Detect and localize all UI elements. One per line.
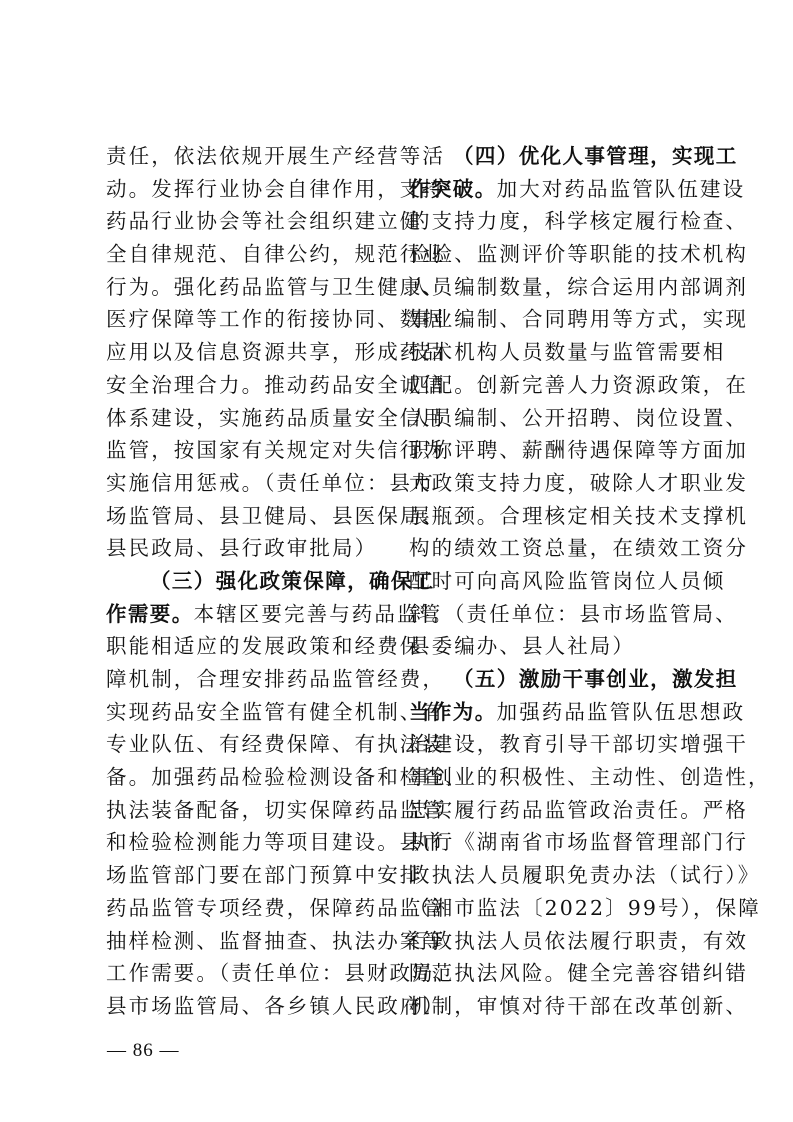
text-line: 县民政局、县行政审批局）: [106, 532, 384, 565]
text-line: 政执法人员履职免责办法（试行）》: [409, 859, 691, 892]
line-text: 职称评聘、薪酬待遇保障等方面加: [409, 438, 748, 462]
text-line: 大政策支持力度，破除人才职业发: [409, 467, 691, 500]
text-line: 事创业的积极性、主动性、创造性，: [409, 761, 691, 794]
text-line: 实施信用惩戒。（责任单位：县市: [106, 467, 384, 500]
line-text: 机制，审慎对待干部在改革创新、: [409, 994, 748, 1018]
text-line: 体系建设，实施药品质量安全信用: [106, 402, 384, 435]
line-text: 事业编制、合同聘用等方式，实现: [409, 307, 748, 331]
text-line: 县委编办、县人社局）: [409, 630, 691, 663]
line-text: 医疗保障等工作的衔接协同、数据: [106, 307, 445, 331]
line-text: 防范执法风险。健全完善容错纠错: [409, 961, 748, 985]
text-line: 全自律规范、自律公约，规范行业: [106, 238, 384, 271]
line-text: 本辖区要完善与药品监管: [194, 602, 443, 626]
text-line: 障机制，合理安排药品监管经费，: [106, 663, 384, 696]
line-text: 治建设，教育引导干部切实增强干: [409, 732, 748, 756]
text-line: 行政执法人员依法履行职责，有效: [409, 925, 691, 958]
text-line: 治建设，教育引导干部切实增强干: [409, 728, 691, 761]
text-line: 配时可向高风险监管岗位人员倾: [409, 565, 691, 598]
heading-text: 当作为。: [409, 700, 497, 724]
right-column: （四）优化人事管理，实现工 作突破。加大对药品监管队伍建设 的支持力度，科学核定…: [409, 140, 691, 1023]
line-text: 行为。强化药品监管与卫生健康、: [106, 275, 445, 299]
text-line: 和检验检测能力等项目建设。县市: [106, 826, 384, 859]
text-line: 抽样检测、监督抽查、执法办案等: [106, 925, 384, 958]
text-line: 执法装备配备，切实保障药品监管: [106, 794, 384, 827]
line-text: 的支持力度，科学核定履行检查、: [409, 209, 748, 233]
line-text: 事创业的积极性、主动性、创造性，: [409, 765, 771, 789]
text-line: 作突破。加大对药品监管队伍建设: [409, 173, 691, 206]
text-line: 安全治理合力。推动药品安全诚信: [106, 369, 384, 402]
text-line: 实现药品安全监管有健全机制、有: [106, 696, 384, 729]
line-text: 场监管局、县卫健局、县医保局、: [106, 504, 445, 528]
line-text: （湘市监法〔2022〕99号），保障: [409, 896, 761, 920]
line-text: 障机制，合理安排药品监管经费，: [106, 667, 445, 691]
line-text: 构的绩效工资总量，在绩效工资分: [409, 536, 748, 560]
line-text: 职能相适应的发展政策和经费保: [106, 634, 422, 658]
heading-text: 作突破。: [409, 177, 497, 201]
line-text: 执行《湖南省市场监督管理部门行: [409, 830, 748, 854]
line-text: 动。发挥行业协会自律作用，支持: [106, 177, 445, 201]
line-text: 工作需要。（责任单位：县财政局、: [106, 961, 457, 985]
line-text: 大政策支持力度，破除人才职业发: [409, 471, 748, 495]
document-page: 责任，依法依规开展生产经营等活 动。发挥行业协会自律作用，支持 药品行业协会等社…: [0, 0, 793, 1122]
line-text: 监管，按国家有关规定对失信行为: [106, 438, 445, 462]
text-line: 检验、监测评价等职能的技术机构: [409, 238, 691, 271]
line-text: 加大对药品监管队伍建设: [497, 177, 746, 201]
text-line: 匹配。创新完善人力资源政策，在: [409, 369, 691, 402]
page-number: — 86 —: [107, 1040, 180, 1062]
text-line: 备。加强药品检验检测设备和检查、: [106, 761, 384, 794]
text-line: 的支持力度，科学核定履行检查、: [409, 205, 691, 238]
line-text: 行政执法人员依法履行职责，有效: [409, 929, 748, 953]
text-line: 监管，按国家有关规定对失信行为: [106, 434, 384, 467]
line-text: 县民政局、县行政审批局）: [106, 536, 377, 560]
text-line: 展瓶颈。合理核定相关技术支撑机: [409, 500, 691, 533]
section-heading-3: （三）强化政策保障，确保工: [106, 565, 384, 598]
text-line: 职称评聘、薪酬待遇保障等方面加: [409, 434, 691, 467]
line-text: 执法装备配备，切实保障药品监管: [106, 798, 445, 822]
line-text: 和检验检测能力等项目建设。县市: [106, 830, 445, 854]
text-line: 工作需要。（责任单位：县财政局、: [106, 957, 384, 990]
line-text: 体系建设，实施药品质量安全信用: [106, 406, 445, 430]
line-text: 检验、监测评价等职能的技术机构: [409, 242, 748, 266]
text-line: 专业队伍、有经费保障、有执法装: [106, 728, 384, 761]
line-text: 责任，依法依规开展生产经营等活: [106, 144, 445, 168]
line-text: 安全治理合力。推动药品安全诚信: [106, 373, 445, 397]
line-text: 展瓶颈。合理核定相关技术支撑机: [409, 504, 748, 528]
text-line: 机制，审慎对待干部在改革创新、: [409, 990, 691, 1023]
line-text: 技术机构人员数量与监管需要相: [409, 340, 725, 364]
text-line: 执行《湖南省市场监督管理部门行: [409, 826, 691, 859]
text-line: 斜。（责任单位：县市场监管局、: [409, 598, 691, 631]
heading-text: 作需要。: [106, 602, 194, 626]
line-text: 人员编制数量，综合运用内部调剂: [409, 275, 748, 299]
section-heading-5: （五）激励干事创业，激发担: [409, 663, 691, 696]
text-line: 行为。强化药品监管与卫生健康、: [106, 271, 384, 304]
line-text: 抽样检测、监督抽查、执法办案等: [106, 929, 445, 953]
text-line: 作需要。本辖区要完善与药品监管: [106, 598, 384, 631]
text-line: 药品行业协会等社会组织建立健: [106, 205, 384, 238]
line-text: 斜。（责任单位：县市场监管局、: [409, 602, 738, 626]
text-line: 动。发挥行业协会自律作用，支持: [106, 173, 384, 206]
text-line: 医疗保障等工作的衔接协同、数据: [106, 303, 384, 336]
line-text: 药品行业协会等社会组织建立健: [106, 209, 422, 233]
line-text: 配时可向高风险监管岗位人员倾: [409, 569, 725, 593]
text-line: 药品监管专项经费，保障药品监管: [106, 892, 384, 925]
text-line: 技术机构人员数量与监管需要相: [409, 336, 691, 369]
heading-text: （三）强化政策保障，确保工: [150, 569, 435, 593]
line-text: 专业队伍、有经费保障、有执法装: [106, 732, 445, 756]
line-text: 人员编制、公开招聘、岗位设置、: [409, 406, 748, 430]
line-text: 县市场监管局、各乡镇人民政府）: [106, 994, 445, 1018]
text-line: 职能相适应的发展政策和经费保: [106, 630, 384, 663]
text-line: 当作为。加强药品监管队伍思想政: [409, 696, 691, 729]
left-column: 责任，依法依规开展生产经营等活 动。发挥行业协会自律作用，支持 药品行业协会等社…: [106, 140, 384, 1023]
line-text: 实施信用惩戒。（责任单位：县市: [106, 471, 435, 495]
text-line: 忠实履行药品监管政治责任。严格: [409, 794, 691, 827]
line-text: 匹配。创新完善人力资源政策，在: [409, 373, 748, 397]
text-line: 场监管部门要在部门预算中安排: [106, 859, 384, 892]
line-text: 实现药品安全监管有健全机制、有: [106, 700, 445, 724]
text-line: 人员编制数量，综合运用内部调剂: [409, 271, 691, 304]
line-text: 药品监管专项经费，保障药品监管: [106, 896, 445, 920]
line-text: 全自律规范、自律公约，规范行业: [106, 242, 445, 266]
line-text: 政执法人员履职免责办法（试行）》: [409, 863, 760, 887]
line-text: 县委编办、县人社局）: [409, 634, 635, 658]
text-line: 责任，依法依规开展生产经营等活: [106, 140, 384, 173]
text-line: 应用以及信息资源共享，形成药品: [106, 336, 384, 369]
heading-text: （四）优化人事管理，实现工: [453, 144, 738, 168]
text-line: 县市场监管局、各乡镇人民政府）: [106, 990, 384, 1023]
line-text: 应用以及信息资源共享，形成药品: [106, 340, 445, 364]
line-text: 场监管部门要在部门预算中安排: [106, 863, 422, 887]
section-heading-4: （四）优化人事管理，实现工: [409, 140, 691, 173]
text-line: （湘市监法〔2022〕99号），保障: [409, 892, 691, 925]
heading-text: （五）激励干事创业，激发担: [453, 667, 738, 691]
text-line: 人员编制、公开招聘、岗位设置、: [409, 402, 691, 435]
text-line: 防范执法风险。健全完善容错纠错: [409, 957, 691, 990]
text-line: 场监管局、县卫健局、县医保局、: [106, 500, 384, 533]
text-line: 事业编制、合同聘用等方式，实现: [409, 303, 691, 336]
text-line: 构的绩效工资总量，在绩效工资分: [409, 532, 691, 565]
line-text: 加强药品监管队伍思想政: [497, 700, 746, 724]
line-text: 忠实履行药品监管政治责任。严格: [409, 798, 748, 822]
